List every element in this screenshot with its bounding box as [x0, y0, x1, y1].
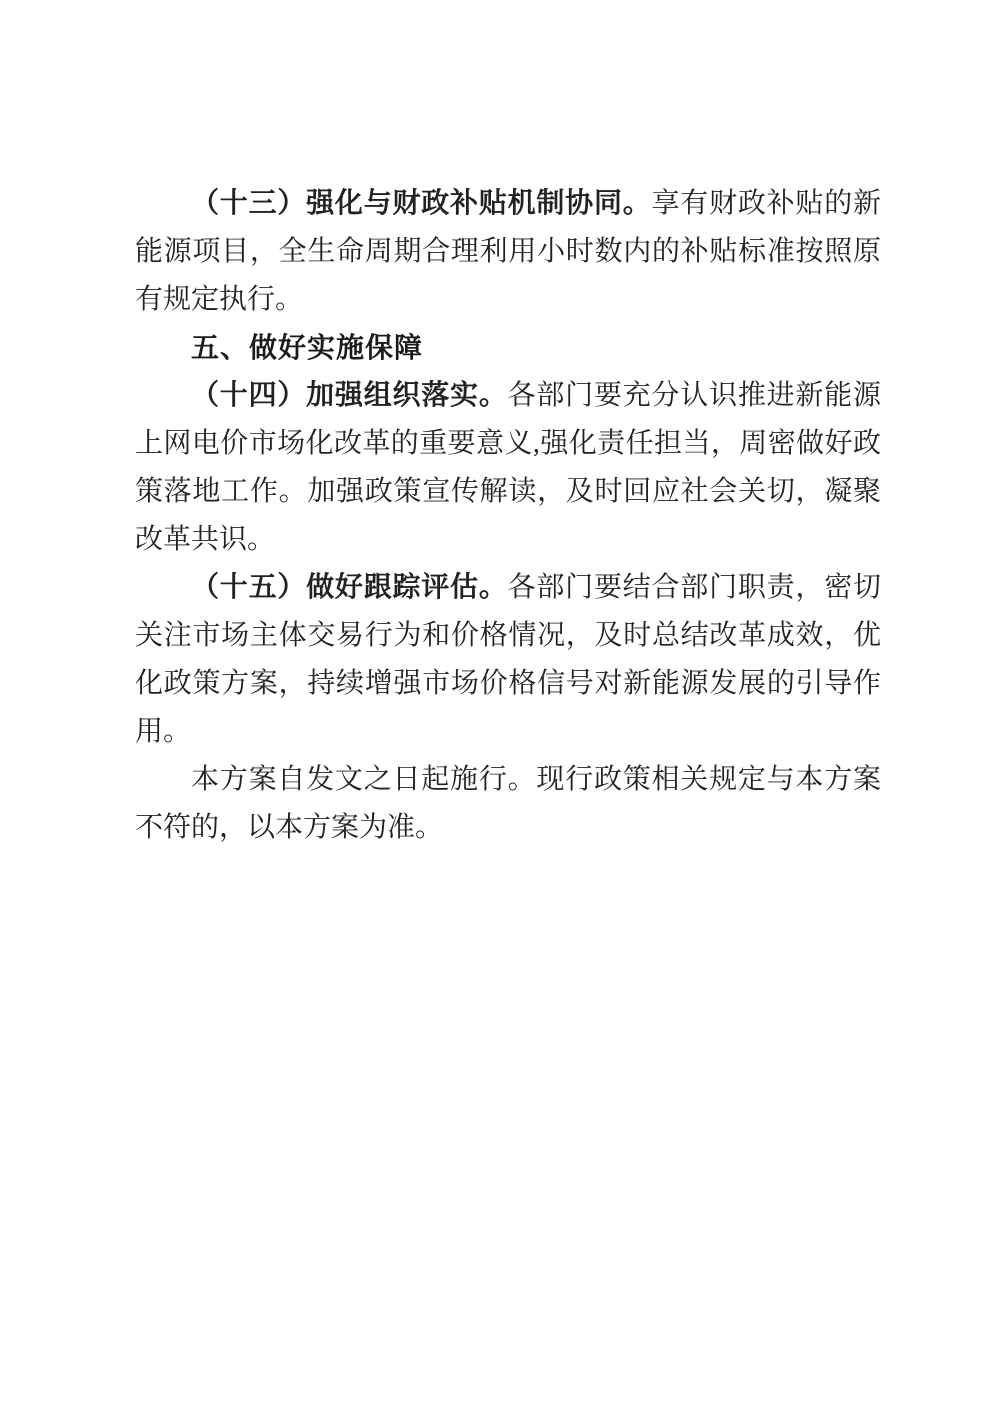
paragraph-lead: （十五）做好跟踪评估。: [191, 572, 508, 603]
section-heading-text: 五、做好实施保障: [191, 332, 423, 363]
paragraph-lead: （十三）强化与财政补贴机制协同。: [191, 188, 652, 219]
paragraph-lead: （十四）加强组织落实。: [191, 380, 508, 411]
paragraph: （十四）加强组织落实。各部门要充分认识推进新能源上网电价市场化改革的重要意义,强…: [135, 372, 881, 564]
paragraph: （十三）强化与财政补贴机制协同。享有财政补贴的新能源项目，全生命周期合理利用小时…: [135, 180, 881, 324]
document-page: （十三）强化与财政补贴机制协同。享有财政补贴的新能源项目，全生命周期合理利用小时…: [0, 0, 1000, 1414]
section-heading: 五、做好实施保障: [135, 324, 881, 372]
paragraph-text: 本方案自发文之日起施行。现行政策相关规定与本方案不符的，以本方案为准。: [135, 764, 881, 843]
paragraph: （十五）做好跟踪评估。各部门要结合部门职责，密切关注市场主体交易行为和价格情况，…: [135, 564, 881, 756]
paragraph: 本方案自发文之日起施行。现行政策相关规定与本方案不符的，以本方案为准。: [135, 756, 881, 852]
document-body: （十三）强化与财政补贴机制协同。享有财政补贴的新能源项目，全生命周期合理利用小时…: [135, 180, 881, 852]
